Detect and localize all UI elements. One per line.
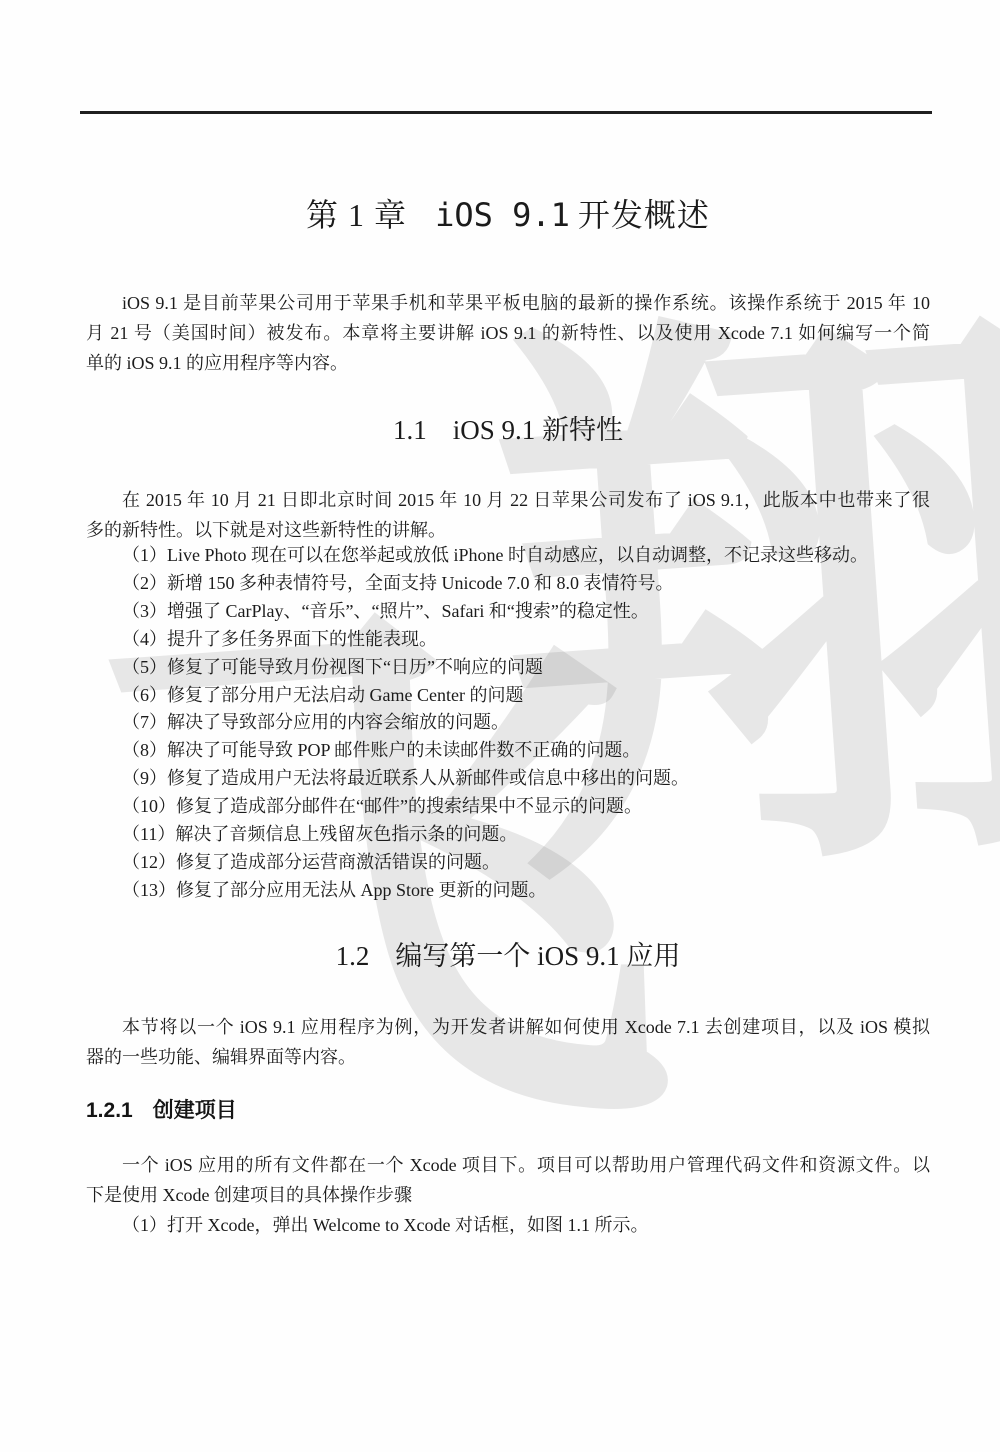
subsection-1-2-1-paragraph: 一个 iOS 应用的所有文件都在一个 Xcode 项目下。项目可以帮助用户管理代… [86,1150,930,1210]
text-line: 多的新特性。以下就是对这些新特性的讲解。 [86,515,930,545]
text-line: 本节将以一个 iOS 9.1 应用程序为例，为开发者讲解如何使用 Xcode 7… [86,1012,930,1042]
subsection-1-2-1-heading: 1.2.1创建项目 [86,1094,930,1124]
header-rule [80,111,932,114]
text-line: 器的一些功能、编辑界面等内容。 [86,1042,930,1072]
text-line: （2）新增 150 多种表情符号，全面支持 Unicode 7.0 和 8.0 … [86,570,930,598]
section-1-2-paragraph: 本节将以一个 iOS 9.1 应用程序为例，为开发者讲解如何使用 Xcode 7… [86,1012,930,1072]
section-title: 编写第一个 iOS 9.1 应用 [395,941,680,971]
chapter-title: 第 1 章iOS 9.1开发概述 [86,190,930,236]
chapter-number: 第 1 章 [306,197,407,233]
text-line: 单的 iOS 9.1 的应用程序等内容。 [86,348,930,378]
section-number: 1.2 [336,941,370,971]
intro-paragraph: iOS 9.1 是目前苹果公司用于苹果手机和苹果平板电脑的最新的操作系统。该操作… [86,288,930,378]
text-line: （8）解决了可能导致 POP 邮件账户的未读邮件数不正确的问题。 [86,737,930,765]
text-line: 月 21 号（美国时间）被发布。本章将主要讲解 iOS 9.1 的新特性、以及使… [86,318,930,348]
section-1-1-paragraph: 在 2015 年 10 月 21 日即北京时间 2015 年 10 月 22 日… [86,485,930,545]
section-title: iOS 9.1 新特性 [453,415,623,445]
chapter-name-cn: 开发概述 [578,197,710,233]
section-number: 1.1 [393,415,427,445]
step-line: （1）打开 Xcode，弹出 Welcome to Xcode 对话框，如图 1… [86,1210,930,1240]
text-line: （10）修复了造成部分邮件在“邮件”的搜索结果中不显示的问题。 [86,793,930,821]
text-line: （11）解决了音频信息上残留灰色指示条的问题。 [86,821,930,849]
text-line: （4）提升了多任务界面下的性能表现。 [86,626,930,654]
text-line: （12）修复了造成部分运营商激活错误的问题。 [86,849,930,877]
text-line: （9）修复了造成用户无法将最近联系人从新邮件或信息中移出的问题。 [86,765,930,793]
chapter-name-en: iOS 9.1 [435,196,570,234]
text-line: （5）修复了可能导致月份视图下“日历”不响应的问题 [86,654,930,682]
text-line: （3）增强了 CarPlay、“音乐”、“照片”、Safari 和“搜索”的稳定… [86,598,930,626]
text-line: 一个 iOS 应用的所有文件都在一个 Xcode 项目下。项目可以帮助用户管理代… [86,1150,930,1180]
feature-list: （1）Live Photo 现在可以在您举起或放低 iPhone 时自动感应，以… [86,542,930,905]
text-line: 在 2015 年 10 月 21 日即北京时间 2015 年 10 月 22 日… [86,485,930,515]
section-1-2-heading: 1.2编写第一个 iOS 9.1 应用 [86,934,930,973]
subsection-title: 创建项目 [153,1099,237,1122]
subsection-number: 1.2.1 [86,1099,133,1122]
text-line: （13）修复了部分应用无法从 App Store 更新的问题。 [86,877,930,905]
book-page: 飞 翔 第 1 章iOS 9.1开发概述 iOS 9.1 是目前苹果公司用于苹果… [0,0,1000,1452]
section-1-1-heading: 1.1iOS 9.1 新特性 [86,408,930,447]
text-line: iOS 9.1 是目前苹果公司用于苹果手机和苹果平板电脑的最新的操作系统。该操作… [86,288,930,318]
text-line: （1）Live Photo 现在可以在您举起或放低 iPhone 时自动感应，以… [86,542,930,570]
text-line: 下是使用 Xcode 创建项目的具体操作步骤 [86,1180,930,1210]
text-line: （7）解决了导致部分应用的内容会缩放的问题。 [86,709,930,737]
text-line: （6）修复了部分用户无法启动 Game Center 的问题 [86,682,930,710]
